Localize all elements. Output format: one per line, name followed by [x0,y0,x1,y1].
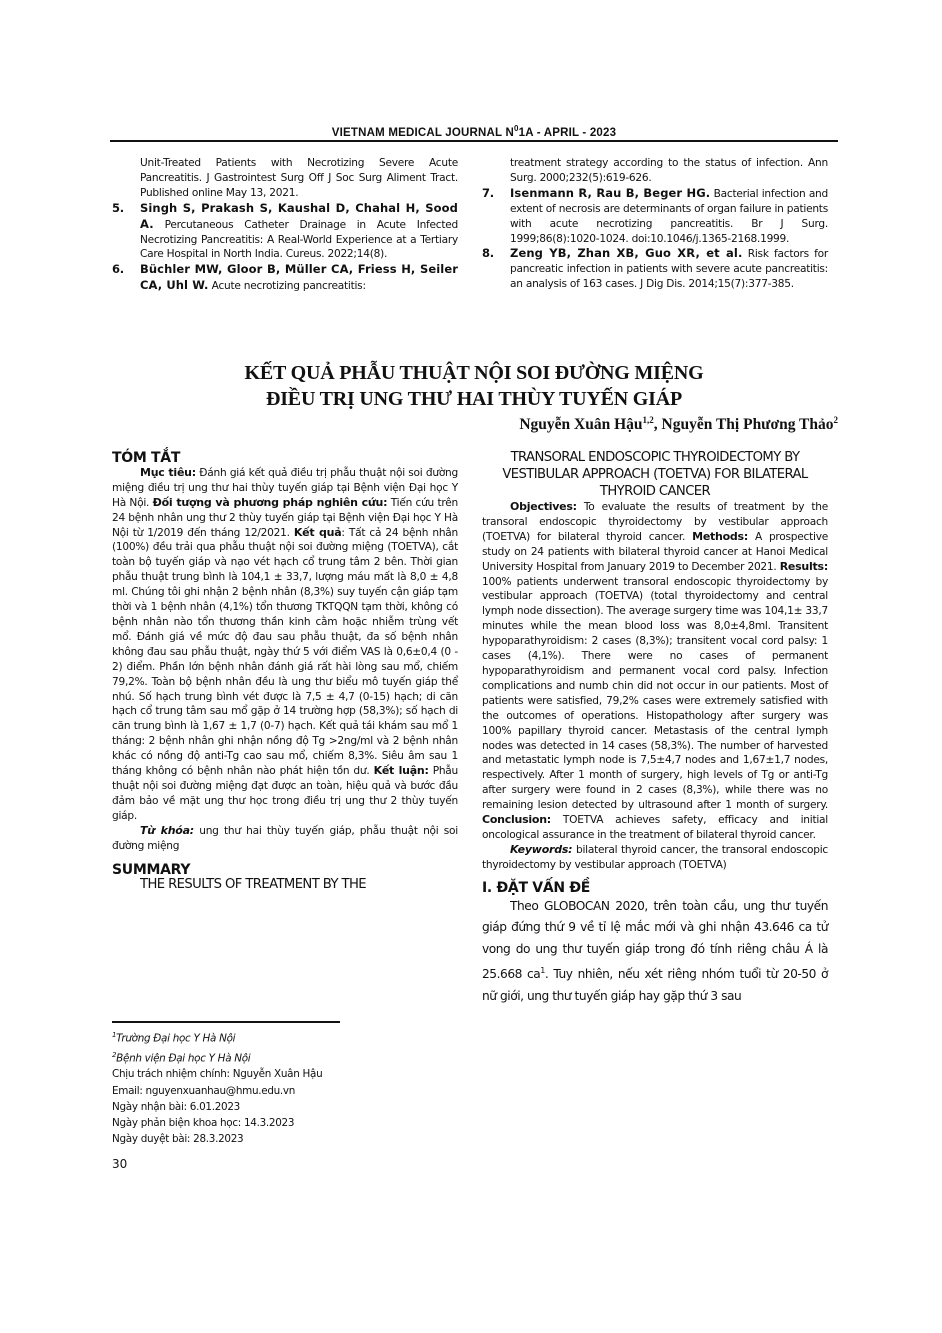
aff-text: Bệnh viện Đại học Y Hà Nội [116,1052,250,1064]
reference-number: 8. [482,246,494,261]
reference-item: 6. Büchler MW, Gloor B, Müller CA, Fries… [112,262,458,294]
reference-text: Acute necrotizing pancreatitis: [209,280,366,292]
results-text: : Tất cả 24 bệnh nhân (100%) đều trải qu… [112,527,458,778]
abstract-english: TRANSORAL ENDOSCOPIC THYROIDECTOMY BY VE… [482,449,828,1007]
abstract-vietnamese: TÓM TẮT Mục tiêu: Đánh giá kết quả điều … [112,451,458,893]
corresponding-author: Chịu trách nhiệm chính: Nguyễn Xuân Hậu [112,1066,322,1082]
label-results: Kết quả [294,526,342,539]
summary-title-part-1: THE RESULTS OF TREATMENT BY THE [112,878,458,893]
label-conclusion: Kết luận: [374,764,429,777]
abstract-body: Mục tiêu: Đánh giá kết quả điều trị phẫu… [112,466,458,824]
reference-text: Unit-Treated Patients with Necrotizing S… [140,157,458,199]
label-objective: Mục tiêu: [140,466,196,479]
summary-heading: SUMMARY [112,863,458,878]
results-text: 100% patients underwent transoral endosc… [482,576,828,812]
introduction-heading: I. ĐẶT VẤN ĐỀ [482,881,828,896]
article-title: KẾT QUẢ PHẪU THUẬT NỘI SOI ĐƯỜNG MIỆNG Đ… [110,360,838,412]
label-methods: Methods: [692,530,748,543]
header-rule [110,140,838,142]
journal-name: VIETNAM MEDICAL JOURNAL N [332,127,514,139]
footnote-rule [112,1021,340,1023]
title-line-1: KẾT QUẢ PHẪU THUẬT NỘI SOI ĐƯỜNG MIỆNG [110,360,838,386]
author-list: Nguyễn Xuân Hậu1,2, Nguyễn Thị Phương Th… [519,415,838,434]
journal-page: VIETNAM MEDICAL JOURNAL N01A - APRIL - 2… [0,0,942,1333]
title-line-2: ĐIỀU TRỊ UNG THƯ HAI THÙY TUYẾN GIÁP [110,386,838,412]
keywords: Từ khóa: ung thư hai thùy tuyến giáp, ph… [112,824,458,854]
date-received: Ngày nhận bài: 6.01.2023 [112,1099,322,1115]
references-right: treatment strategy according to the stat… [482,156,828,292]
introduction-body: Theo GLOBOCAN 2020, trên toàn cầu, ung t… [482,896,828,1008]
keywords-en: Keywords: bilateral thyroid cancer, the … [482,843,828,873]
reference-item: 7. Isenmann R, Rau B, Beger HG. Bacteria… [482,186,828,247]
page-number: 30 [112,1157,127,1171]
date-reviewed: Ngày phản biện khoa học: 14.3.2023 [112,1115,322,1131]
reference-authors: Zeng YB, Zhan XB, Guo XR, et al. [510,246,742,260]
label-keywords: Keywords: [510,843,572,856]
reference-number: 7. [482,186,494,201]
running-header: VIETNAM MEDICAL JOURNAL N01A - APRIL - 2… [110,124,838,139]
email: Email: nguyenxuanhau@hmu.edu.vn [112,1083,322,1099]
abstract-heading: TÓM TẮT [112,451,458,466]
summary-body: Objectives: To evaluate the results of t… [482,500,828,843]
author-1: Nguyễn Xuân Hậu [519,416,642,433]
reference-authors: Isenmann R, Rau B, Beger HG. [510,186,710,200]
reference-number: 6. [112,262,124,277]
reference-item: 8. Zeng YB, Zhan XB, Guo XR, et al. Risk… [482,246,828,292]
author-2: Nguyễn Thị Phương Thảo [662,416,834,433]
author-2-affiliation: 2 [834,415,839,425]
references-left: Unit-Treated Patients with Necrotizing S… [112,156,458,294]
author-1-affiliation: 1,2 [643,415,654,425]
summary-title-part-2: TRANSORAL ENDOSCOPIC THYROIDECTOMY BY VE… [482,449,828,500]
footnotes: 1Trường Đại học Y Hà Nội 2Bệnh viện Đại … [112,1027,322,1147]
label-objectives: Objectives: [510,500,577,513]
reference-number: 5. [112,201,124,216]
reference-continued: treatment strategy according to the stat… [482,156,828,186]
affiliation-1: 1Trường Đại học Y Hà Nội [112,1027,322,1047]
aff-text: Trường Đại học Y Hà Nội [116,1032,235,1044]
author-separator: , [654,416,662,433]
reference-text: Percutaneous Catheter Drainage in Acute … [140,219,458,261]
affiliation-2: 2Bệnh viện Đại học Y Hà Nội [112,1047,322,1067]
issue-date: 1A - APRIL - 2023 [519,127,617,139]
reference-text: treatment strategy according to the stat… [510,157,828,184]
label-keywords: Từ khóa: [140,824,194,837]
label-methods: Đối tượng và phương pháp nghiên cứu: [153,496,388,509]
date-accepted: Ngày duyệt bài: 28.3.2023 [112,1131,322,1147]
reference-item: 5. Singh S, Prakash S, Kaushal D, Chahal… [112,201,458,263]
label-results: Results: [780,560,828,573]
label-conclusion: Conclusion: [482,813,551,826]
reference-continued: Unit-Treated Patients with Necrotizing S… [112,156,458,201]
